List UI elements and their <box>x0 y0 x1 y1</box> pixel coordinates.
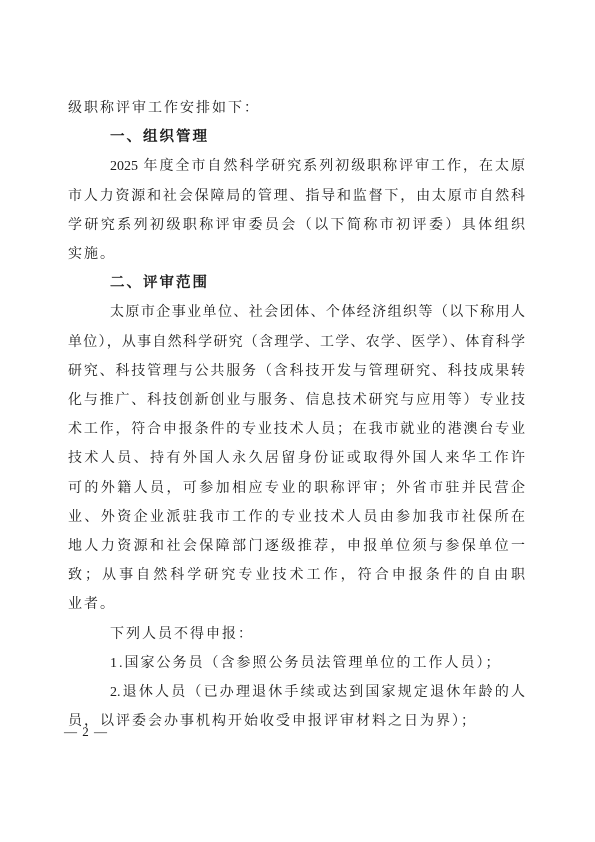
text-line: 2.退休人员（已办理退休手续或达到国家规定退休年龄的人 <box>68 678 525 707</box>
text-line: 单位），从事自然科学研究（含理学、工学、农学、医学）、体育科学 <box>68 328 525 357</box>
text-line: 技术人员、持有外国人永久居留身份证或取得外国人来华工作许 <box>68 444 525 473</box>
section-heading: 二、评审范围 <box>68 269 525 298</box>
text-line: 术工作，符合申报条件的专业技术人员；在我市就业的港澳台专业 <box>68 415 525 444</box>
document-content: 级职称评审工作安排如下：一、组织管理2025 年度全市自然科学研究系列初级职称评… <box>68 94 525 736</box>
page-number: — 2 — <box>64 724 108 740</box>
section-heading: 一、组织管理 <box>68 123 525 152</box>
text-line: 下列人员不得申报： <box>68 620 525 649</box>
text-line: 学研究系列初级职称评审委员会（以下简称市初评委）具体组织 <box>68 211 525 240</box>
text-line: 1.国家公务员（含参照公务员法管理单位的工作人员）； <box>68 649 525 678</box>
text-line: 员，以评委会办事机构开始收受申报评审材料之日为界）； <box>68 707 525 736</box>
text-line: 2025 年度全市自然科学研究系列初级职称评审工作，在太原 <box>68 152 525 181</box>
text-line: 可的外籍人员，可参加相应专业的职称评审；外省市驻并民营企 <box>68 474 525 503</box>
text-line: 业者。 <box>68 590 525 619</box>
text-line: 地人力资源和社会保障部门逐级推荐，申报单位须与参保单位一 <box>68 532 525 561</box>
text-line: 太原市企事业单位、社会团体、个体经济组织等（以下称用人 <box>68 298 525 327</box>
text-line: 研究、科技管理与公共服务（含科技开发与管理研究、科技成果转 <box>68 357 525 386</box>
text-line: 实施。 <box>68 240 525 269</box>
text-line: 化与推广、科技创新创业与服务、信息技术研究与应用等）专业技 <box>68 386 525 415</box>
text-line: 致；从事自然科学研究专业技术工作，符合申报条件的自由职 <box>68 561 525 590</box>
text-line: 业、外资企业派驻我市工作的专业技术人员由参加我市社保所在 <box>68 503 525 532</box>
text-line: 级职称评审工作安排如下： <box>68 94 525 123</box>
text-line: 市人力资源和社会保障局的管理、指导和监督下，由太原市自然科 <box>68 182 525 211</box>
document-page: 级职称评审工作安排如下：一、组织管理2025 年度全市自然科学研究系列初级职称评… <box>0 0 595 842</box>
